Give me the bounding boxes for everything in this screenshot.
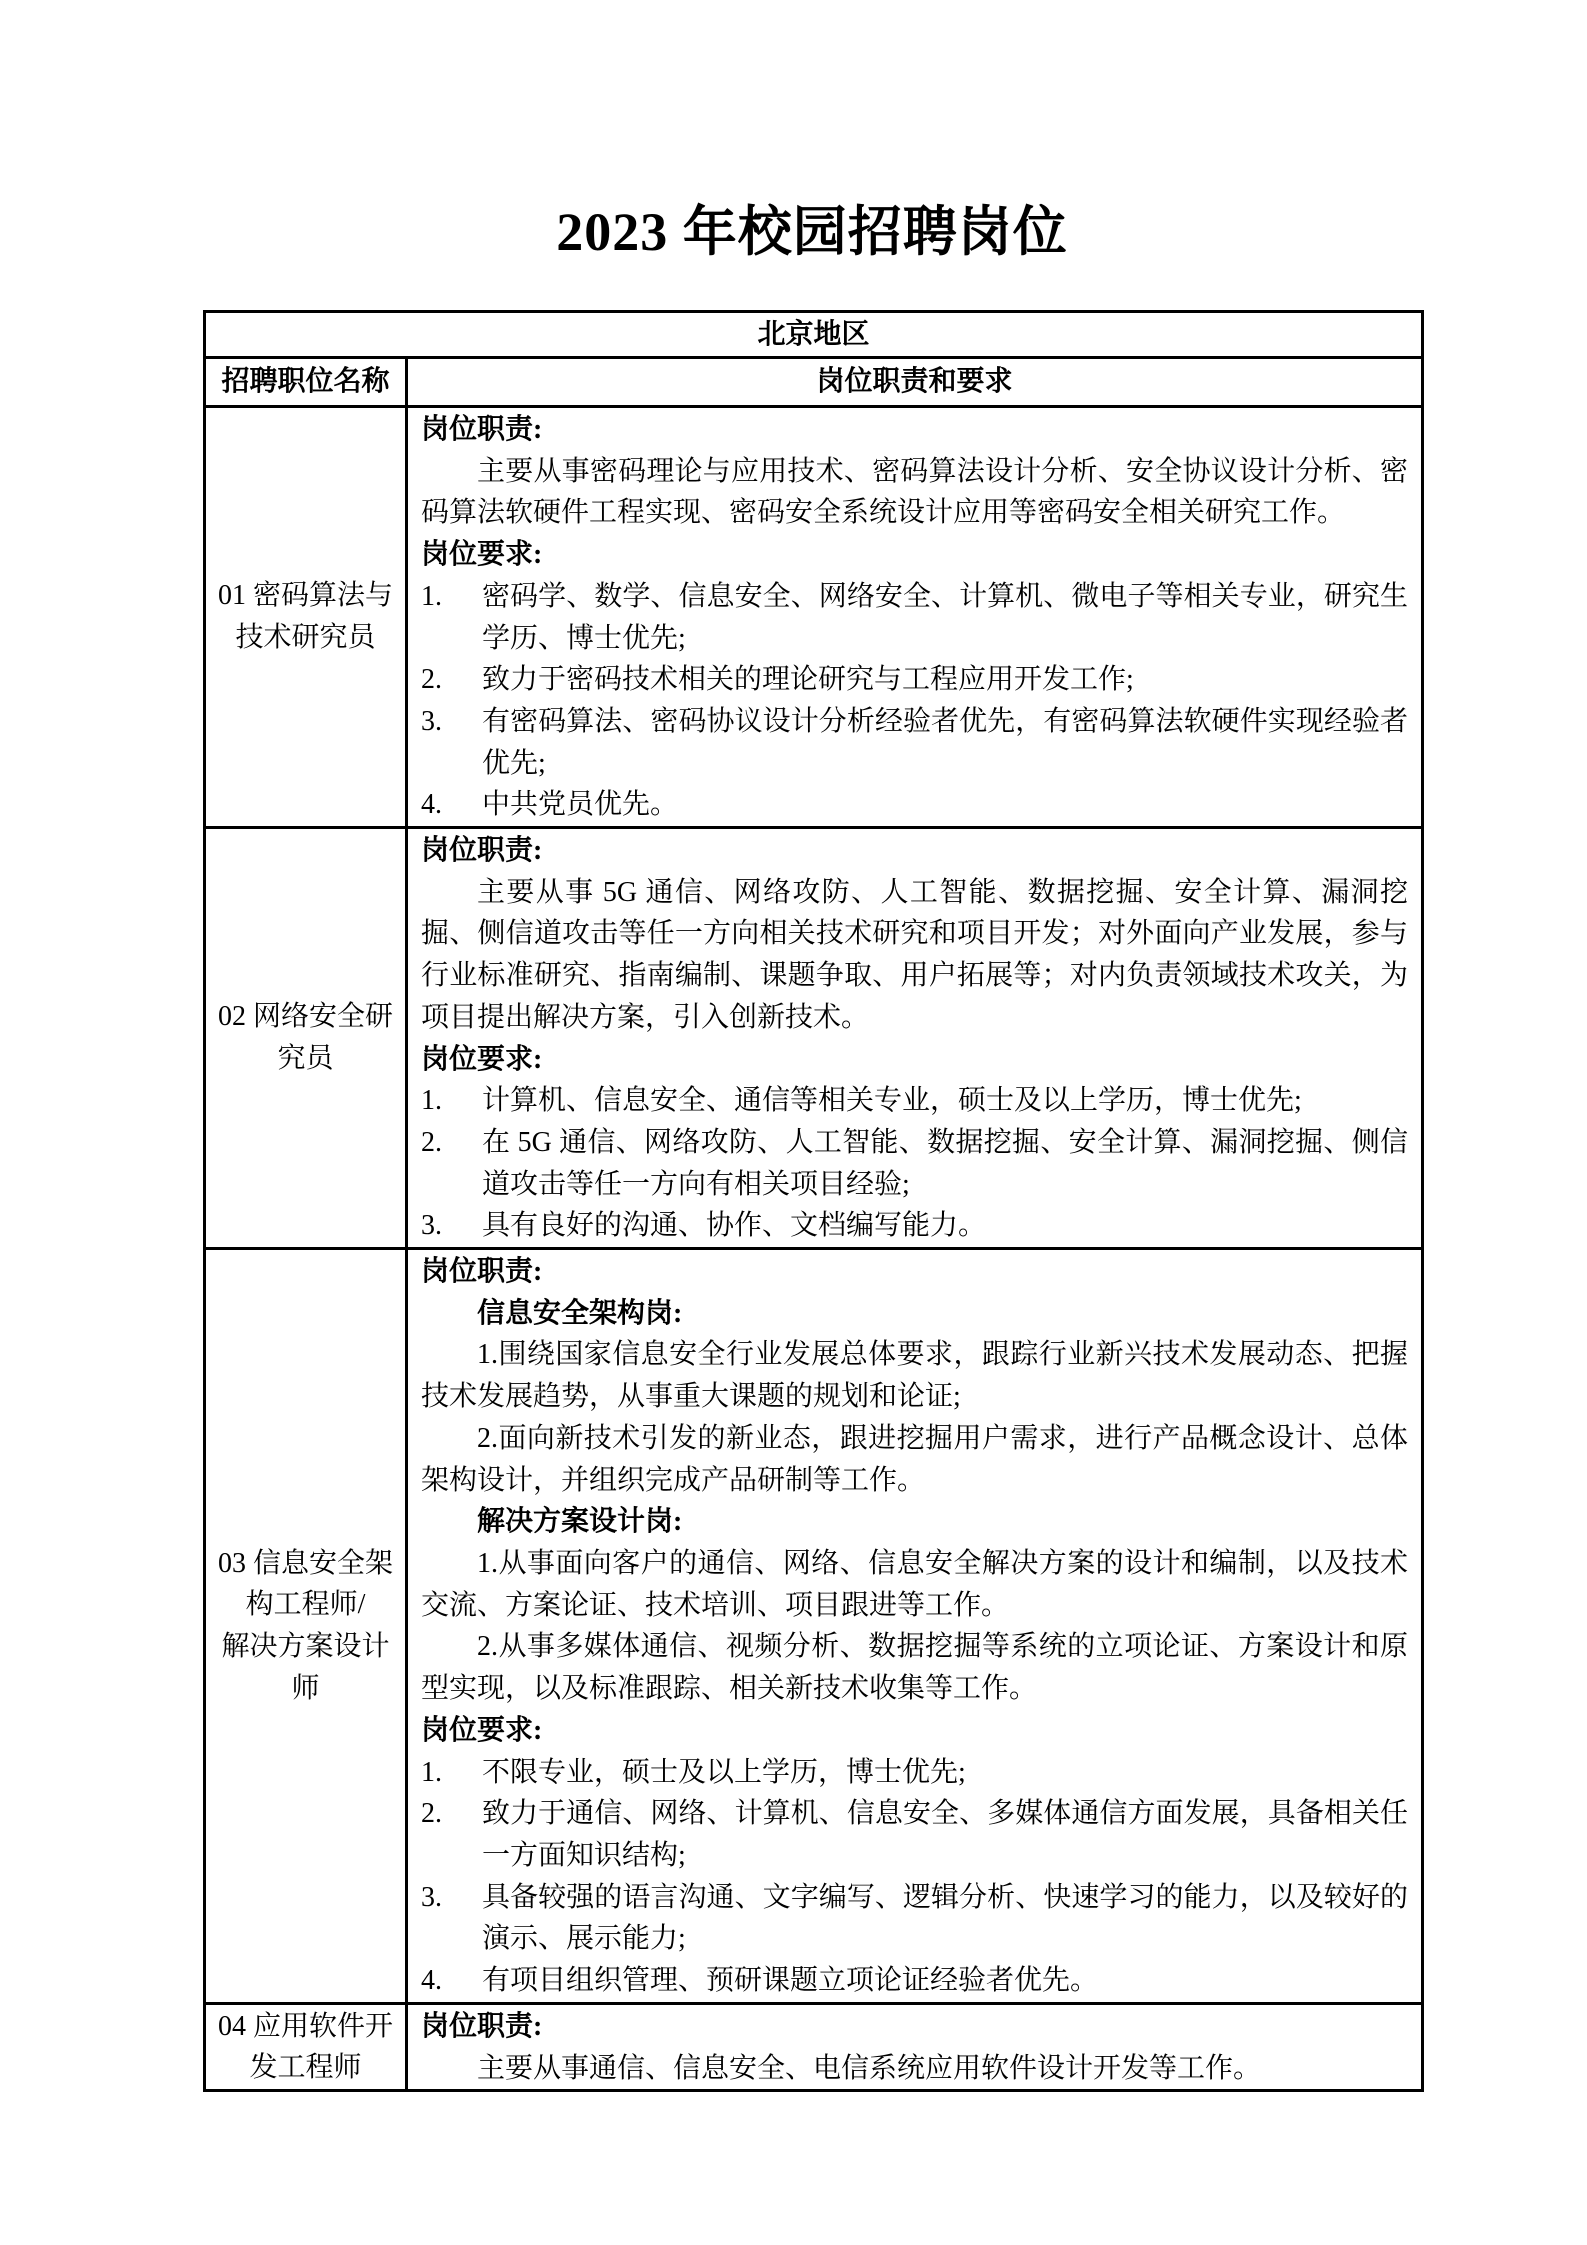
item-number: 2. (421, 659, 442, 701)
table-row: 02 网络安全研 究员 岗位职责:主要从事 5G 通信、网络攻防、人工智能、数据… (205, 828, 1423, 1249)
document-page: 2023 年校园招聘岗位 北京地区 招聘职位名称 岗位职责和要求 01 密码算法… (0, 0, 1587, 2092)
requirement-item: 1.计算机、信息安全、通信等相关专业，硕士及以上学历，博士优先; (421, 1080, 1408, 1122)
item-text: 有项目组织管理、预研课题立项论证经验者优先。 (482, 1965, 1098, 1996)
duties-cell: 岗位职责:信息安全架构岗:1.围绕国家信息安全行业发展总体要求，跟踪行业新兴技术… (407, 1249, 1423, 2004)
requirement-item: 3.具有良好的沟通、协作、文档编写能力。 (421, 1205, 1408, 1247)
requirement-item: 2.在 5G 通信、网络攻防、人工智能、数据挖掘、安全计算、漏洞挖掘、侧信道攻击… (421, 1122, 1408, 1205)
table-row: 03 信息安全架 构工程师/ 解决方案设计 师 岗位职责:信息安全架构岗:1.围… (205, 1249, 1423, 2004)
column-header-row: 招聘职位名称 岗位职责和要求 (205, 358, 1423, 407)
table-row: 01 密码算法与 技术研究员 岗位职责:主要从事密码理论与应用技术、密码算法设计… (205, 407, 1423, 828)
positions-table: 北京地区 招聘职位名称 岗位职责和要求 01 密码算法与 技术研究员 岗位职责:… (203, 310, 1424, 2092)
section-heading: 岗位职责: (421, 1251, 1408, 1293)
paragraph: 主要从事 5G 通信、网络攻防、人工智能、数据挖掘、安全计算、漏洞挖掘、侧信道攻… (421, 872, 1408, 1039)
item-text: 中共党员优先。 (482, 789, 678, 820)
item-number: 2. (421, 1793, 442, 1835)
item-text: 有密码算法、密码协议设计分析经验者优先，有密码算法软硬件实现经验者优先; (482, 706, 1408, 779)
item-text: 致力于通信、网络、计算机、信息安全、多媒体通信方面发展，具备相关任一方面知识结构… (482, 1798, 1408, 1871)
item-number: 1. (421, 1752, 442, 1794)
requirement-item: 1.不限专业，硕士及以上学历，博士优先; (421, 1752, 1408, 1794)
requirement-item: 2.致力于密码技术相关的理论研究与工程应用开发工作; (421, 659, 1408, 701)
sub-section-heading: 信息安全架构岗: (421, 1293, 1408, 1335)
paragraph: 1.从事面向客户的通信、网络、信息安全解决方案的设计和编制，以及技术交流、方案论… (421, 1543, 1408, 1626)
section-heading: 岗位要求: (421, 1710, 1408, 1752)
page-title: 2023 年校园招聘岗位 (203, 205, 1421, 259)
section-heading: 岗位职责: (421, 2006, 1408, 2048)
item-number: 3. (421, 701, 442, 743)
paragraph: 1.围绕国家信息安全行业发展总体要求，跟踪行业新兴技术发展动态、把握技术发展趋势… (421, 1334, 1408, 1417)
duties-cell: 岗位职责:主要从事密码理论与应用技术、密码算法设计分析、安全协议设计分析、密码算… (407, 407, 1423, 828)
item-number: 4. (421, 1960, 442, 2002)
item-number: 3. (421, 1877, 442, 1919)
paragraph: 主要从事通信、信息安全、电信系统应用软件设计开发等工作。 (421, 2048, 1408, 2090)
requirements-list: 1.密码学、数学、信息安全、网络安全、计算机、微电子等相关专业，研究生学历、博士… (421, 576, 1408, 826)
item-text: 具备较强的语言沟通、文字编写、逻辑分析、快速学习的能力，以及较好的演示、展示能力… (482, 1882, 1408, 1955)
sub-section-heading: 解决方案设计岗: (421, 1501, 1408, 1543)
item-number: 2. (421, 1122, 442, 1164)
duties-cell: 岗位职责:主要从事通信、信息安全、电信系统应用软件设计开发等工作。 (407, 2004, 1423, 2091)
item-text: 在 5G 通信、网络攻防、人工智能、数据挖掘、安全计算、漏洞挖掘、侧信道攻击等任… (482, 1127, 1408, 1200)
region-header-row: 北京地区 (205, 312, 1423, 358)
requirements-list: 1.不限专业，硕士及以上学历，博士优先;2.致力于通信、网络、计算机、信息安全、… (421, 1752, 1408, 2002)
requirement-item: 2.致力于通信、网络、计算机、信息安全、多媒体通信方面发展，具备相关任一方面知识… (421, 1793, 1408, 1876)
requirement-item: 4.有项目组织管理、预研课题立项论证经验者优先。 (421, 1960, 1408, 2002)
section-heading: 岗位职责: (421, 409, 1408, 451)
item-text: 密码学、数学、信息安全、网络安全、计算机、微电子等相关专业，研究生学历、博士优先… (482, 581, 1408, 654)
paragraph: 主要从事密码理论与应用技术、密码算法设计分析、安全协议设计分析、密码算法软硬件工… (421, 451, 1408, 534)
position-column-header: 招聘职位名称 (205, 358, 407, 407)
item-text: 具有良好的沟通、协作、文档编写能力。 (482, 1210, 986, 1241)
item-number: 1. (421, 576, 442, 618)
region-header: 北京地区 (205, 312, 1423, 358)
paragraph: 2.从事多媒体通信、视频分析、数据挖掘等系统的立项论证、方案设计和原型实现，以及… (421, 1626, 1408, 1709)
table-row: 04 应用软件开 发工程师 岗位职责:主要从事通信、信息安全、电信系统应用软件设… (205, 2004, 1423, 2091)
position-name-cell: 03 信息安全架 构工程师/ 解决方案设计 师 (205, 1249, 407, 2004)
requirement-item: 1.密码学、数学、信息安全、网络安全、计算机、微电子等相关专业，研究生学历、博士… (421, 576, 1408, 659)
item-number: 1. (421, 1080, 442, 1122)
requirement-item: 4.中共党员优先。 (421, 784, 1408, 826)
requirement-item: 3.有密码算法、密码协议设计分析经验者优先，有密码算法软硬件实现经验者优先; (421, 701, 1408, 784)
section-heading: 岗位职责: (421, 830, 1408, 872)
position-name-cell: 02 网络安全研 究员 (205, 828, 407, 1249)
item-number: 3. (421, 1205, 442, 1247)
section-heading: 岗位要求: (421, 534, 1408, 576)
item-text: 不限专业，硕士及以上学历，博士优先; (482, 1757, 966, 1788)
paragraph: 2.面向新技术引发的新业态，跟进挖掘用户需求，进行产品概念设计、总体架构设计，并… (421, 1418, 1408, 1501)
position-name-cell: 04 应用软件开 发工程师 (205, 2004, 407, 2091)
requirement-item: 3.具备较强的语言沟通、文字编写、逻辑分析、快速学习的能力，以及较好的演示、展示… (421, 1877, 1408, 1960)
duties-column-header: 岗位职责和要求 (407, 358, 1423, 407)
requirements-list: 1.计算机、信息安全、通信等相关专业，硕士及以上学历，博士优先;2.在 5G 通… (421, 1080, 1408, 1247)
item-text: 计算机、信息安全、通信等相关专业，硕士及以上学历，博士优先; (482, 1085, 1302, 1116)
position-name-cell: 01 密码算法与 技术研究员 (205, 407, 407, 828)
item-number: 4. (421, 784, 442, 826)
section-heading: 岗位要求: (421, 1039, 1408, 1081)
duties-cell: 岗位职责:主要从事 5G 通信、网络攻防、人工智能、数据挖掘、安全计算、漏洞挖掘… (407, 828, 1423, 1249)
item-text: 致力于密码技术相关的理论研究与工程应用开发工作; (482, 664, 1134, 695)
